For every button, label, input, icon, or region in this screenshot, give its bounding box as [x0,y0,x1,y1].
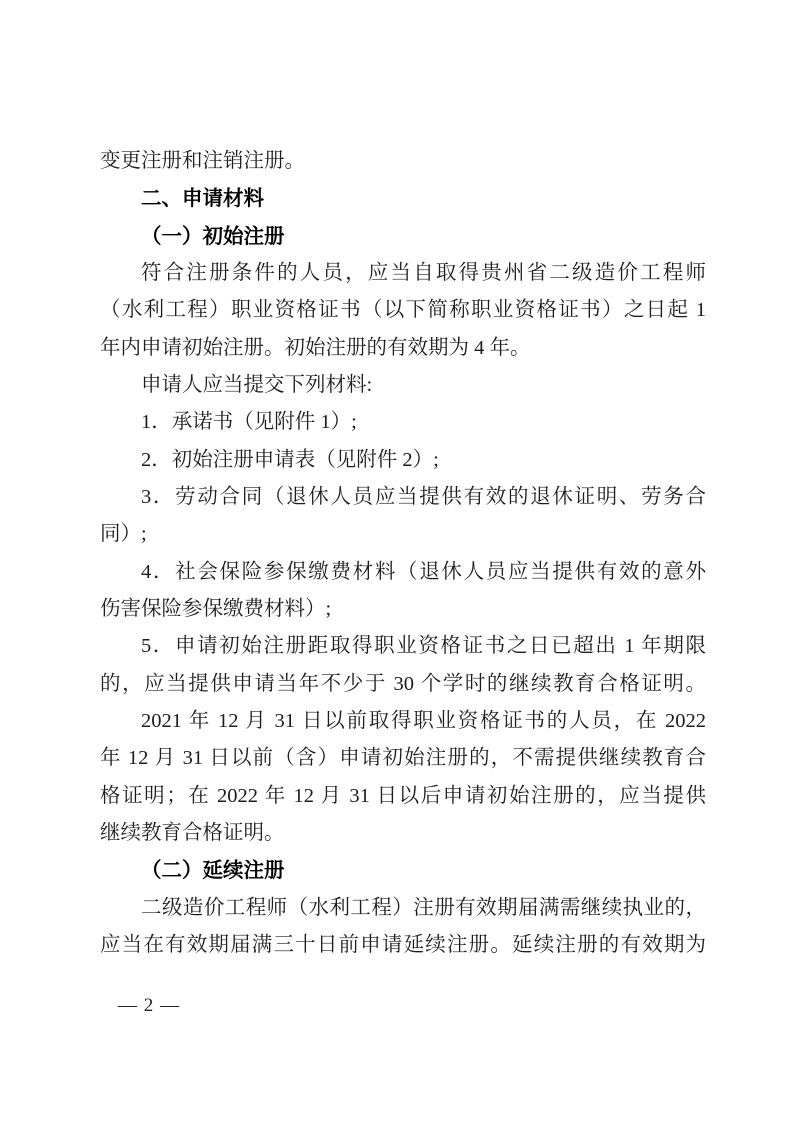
paragraph-line: 2021 年 12 月 31 日以前取得职业资格证书的人员，在 2022 [100,703,706,740]
paragraph-line: 变更注册和注销注册。 [100,143,706,180]
paragraph-line: 应当在有效期届满三十日前申请延续注册。延续注册的有效期为 [100,927,706,964]
heading-initial-registration: （一）初始注册 [100,218,706,255]
list-item-4-line-1: 4．社会保险参保缴费材料（退休人员应当提供有效的意外 [100,554,706,591]
paragraph-line: 符合注册条件的人员，应当自取得贵州省二级造价工程师 [100,255,706,292]
heading-renewal-registration: （二）延续注册 [100,852,706,889]
page-number: — 2 — [118,995,180,1017]
paragraph-line: 二级造价工程师（水利工程）注册有效期届满需继续执业的， [100,890,706,927]
heading-application-materials: 二、申请材料 [100,180,706,217]
list-item-3-line-2: 同）; [100,516,706,553]
document-page: 变更注册和注销注册。 二、申请材料 （一）初始注册 符合注册条件的人员，应当自取… [0,0,794,1123]
list-item-5-line-2: 的，应当提供申请当年不少于 30 个学时的继续教育合格证明。 [100,666,706,703]
paragraph-line: 继续教育合格证明。 [100,815,706,852]
paragraph-line: 年 12 月 31 日以前（含）申请初始注册的，不需提供继续教育合 [100,740,706,777]
list-item-4-line-2: 伤害保险参保缴费材料）; [100,591,706,628]
document-body: 变更注册和注销注册。 二、申请材料 （一）初始注册 符合注册条件的人员，应当自取… [100,143,706,964]
list-item-2: 2．初始注册申请表（见附件 2）; [100,442,706,479]
paragraph-line: 格证明；在 2022 年 12 月 31 日以后申请初始注册的，应当提供 [100,778,706,815]
list-item-5-line-1: 5．申请初始注册距取得职业资格证书之日已超出 1 年期限 [100,628,706,665]
paragraph-line: 申请人应当提交下列材料: [100,367,706,404]
paragraph-line: 年内申请初始注册。初始注册的有效期为 4 年。 [100,330,706,367]
list-item-3-line-1: 3．劳动合同（退休人员应当提供有效的退休证明、劳务合 [100,479,706,516]
list-item-1: 1．承诺书（见附件 1）; [100,404,706,441]
paragraph-line: （水利工程）职业资格证书（以下简称职业资格证书）之日起 1 [100,292,706,329]
